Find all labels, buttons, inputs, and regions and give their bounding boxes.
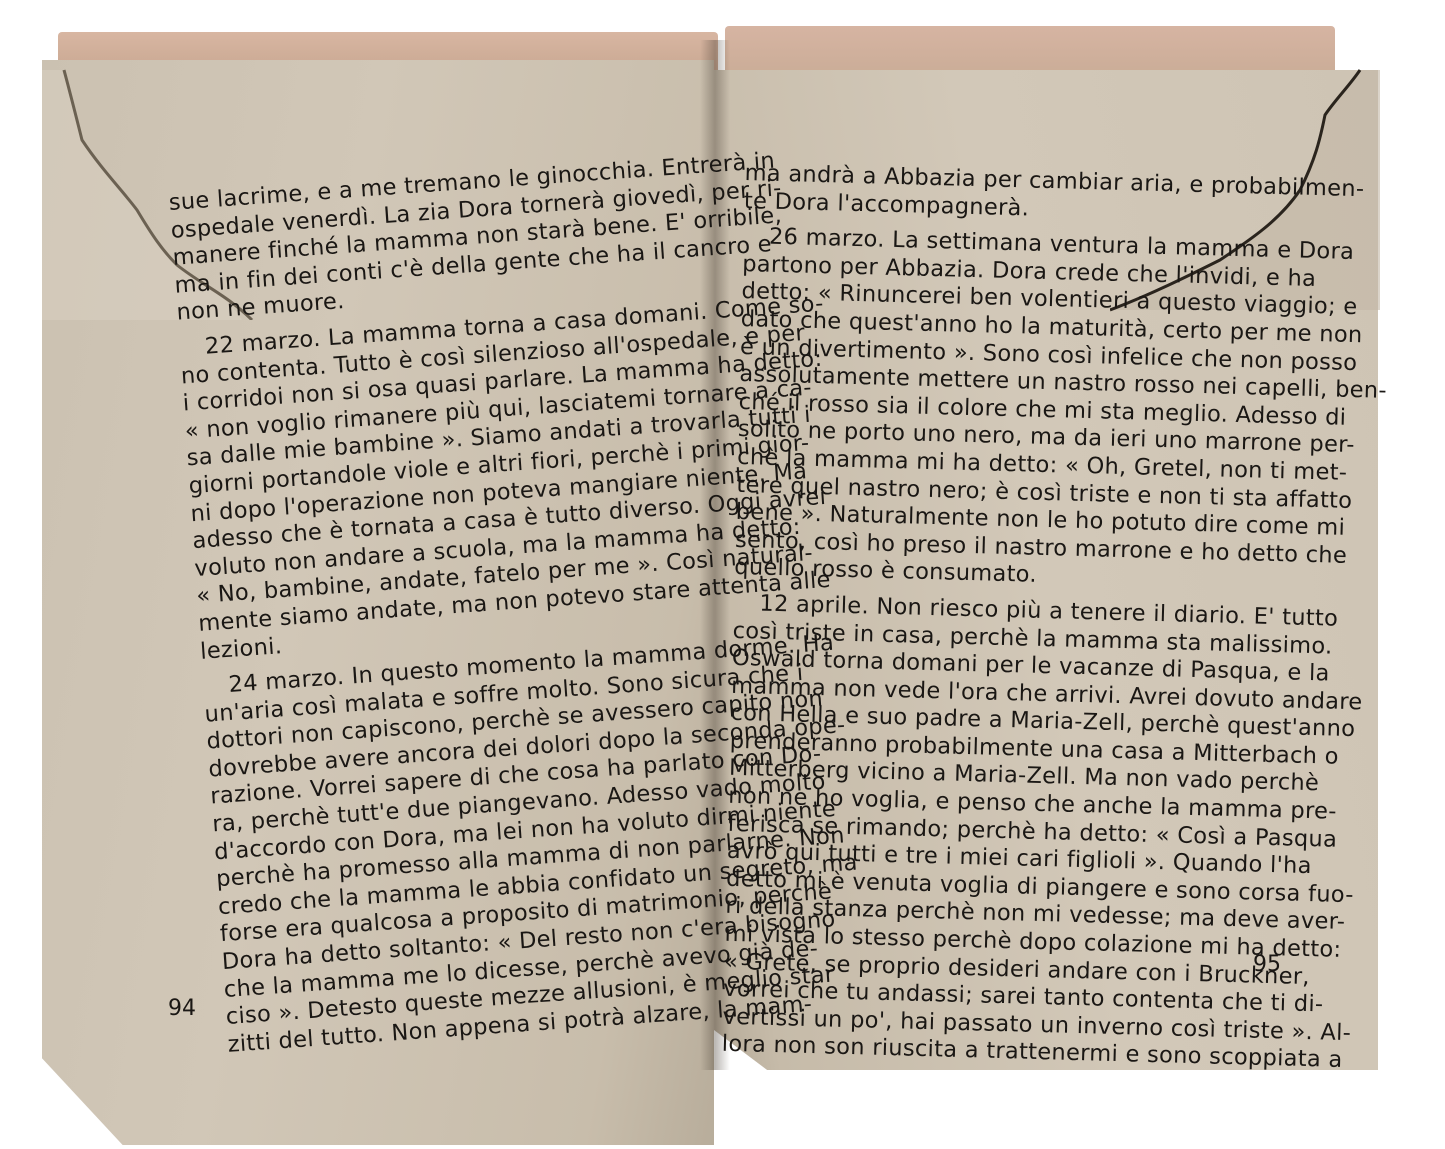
open-book-photo: sue lacrime, e a me tremano le ginocchia… xyxy=(0,0,1445,1149)
page-number-right: 95 xyxy=(1253,952,1281,977)
page-number-left: 94 xyxy=(168,996,196,1021)
left-page-body-text: sue lacrime, e a me tremano le ginocchia… xyxy=(168,154,738,1059)
right-page-body-text: ma andrà a Abbazia per cambiar aria, e p… xyxy=(721,160,1274,1073)
